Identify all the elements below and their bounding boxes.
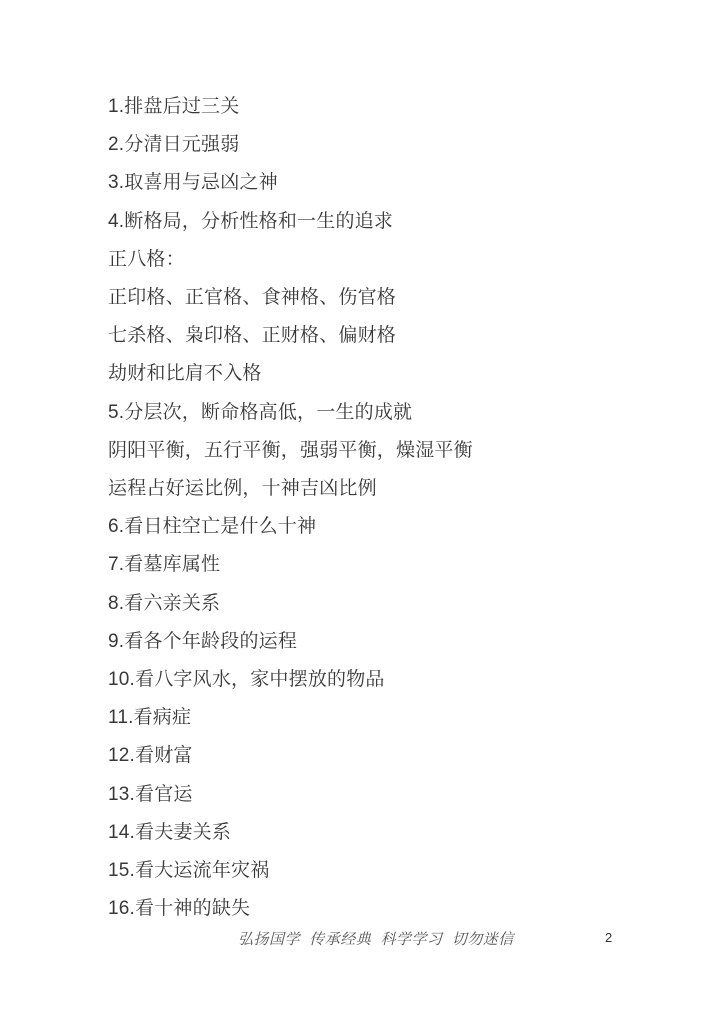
text-line-20: 14.看夫妻关系 — [108, 814, 674, 852]
text-line-2: 2.分清日元强弱 — [108, 126, 674, 164]
footer-slogan: 弘扬国学 传承经典 科学学习 切勿迷信 — [238, 928, 514, 949]
text-line-7: 七杀格、枭印格、正财格、偏财格 — [108, 317, 674, 355]
text-line-12: 6.看日柱空亡是什么十神 — [108, 508, 674, 546]
page-footer: 弘扬国学 传承经典 科学学习 切勿迷信 2 — [0, 928, 724, 954]
text-line-5: 正八格： — [108, 241, 674, 279]
text-line-8: 劫财和比肩不入格 — [108, 355, 674, 393]
text-line-9: 5.分层次，断命格高低，一生的成就 — [108, 394, 674, 432]
text-line-18: 12.看财富 — [108, 737, 674, 775]
text-line-3: 3.取喜用与忌凶之神 — [108, 164, 674, 202]
text-line-16: 10.看八字风水，家中摆放的物品 — [108, 661, 674, 699]
text-line-6: 正印格、正官格、食神格、伤官格 — [108, 279, 674, 317]
text-line-10: 阴阳平衡，五行平衡，强弱平衡，燥湿平衡 — [108, 432, 674, 470]
text-line-13: 7.看墓库属性 — [108, 546, 674, 584]
document-body: 1.排盘后过三关 2.分清日元强弱 3.取喜用与忌凶之神 4.断格局，分析性格和… — [108, 88, 674, 928]
text-line-15: 9.看各个年龄段的运程 — [108, 623, 674, 661]
text-line-11: 运程占好运比例，十神吉凶比例 — [108, 470, 674, 508]
document-page: 1.排盘后过三关 2.分清日元强弱 3.取喜用与忌凶之神 4.断格局，分析性格和… — [0, 0, 724, 1024]
text-line-14: 8.看六亲关系 — [108, 585, 674, 623]
text-line-17: 11.看病症 — [108, 699, 674, 737]
text-line-21: 15.看大运流年灾祸 — [108, 852, 674, 890]
text-line-22: 16.看十神的缺失 — [108, 890, 674, 928]
text-line-1: 1.排盘后过三关 — [108, 88, 674, 126]
page-number: 2 — [605, 930, 612, 945]
text-line-19: 13.看官运 — [108, 776, 674, 814]
text-line-4: 4.断格局，分析性格和一生的追求 — [108, 203, 674, 241]
